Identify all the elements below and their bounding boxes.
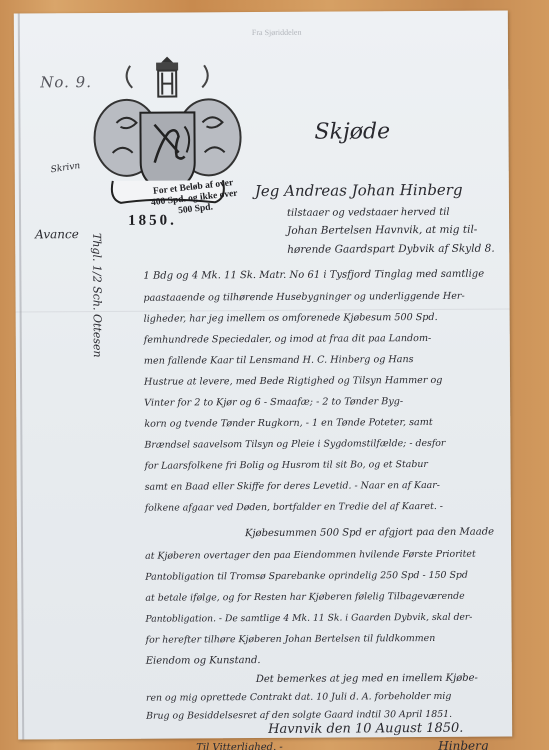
body-line: Kjøbesummen 500 Spd er afgjort paa den M…: [245, 527, 494, 540]
body-line: samt en Baad eller Skiffe for deres Leve…: [145, 480, 440, 493]
signature: Hinberg: [438, 739, 488, 750]
body-line: Hustrue at levere, med Bede Rigtighed og…: [144, 375, 442, 388]
body-line: folkene afgaar ved Døden, bortfalder en …: [145, 501, 443, 514]
place-date: Havnvik den 10 August 1850.: [268, 721, 463, 737]
document-title: Skjøde: [314, 119, 390, 144]
body-line: for Laarsfolkene fri Bolig og Husrom til…: [145, 459, 428, 472]
body-line: at betale ifølge, og for Resten har Kjøb…: [145, 591, 464, 604]
stamp-year: 1850.: [128, 213, 177, 230]
body-line: Eiendom og Kunstand.: [146, 655, 261, 667]
margin-annotation: Thgl. 1/2 Sch. Ottesen: [90, 233, 104, 358]
body-line: korn og tvende Tønder Rugkorn, - 1 en Tø…: [144, 417, 432, 430]
body-line: men fallende Kaar til Lensmand H. C. Hin…: [144, 354, 414, 367]
body-line: Pantobligation til Tromsø Sparebanke opr…: [145, 570, 468, 583]
body-line: ren og mig oprettede Contrakt dat. 10 Ju…: [146, 691, 451, 704]
body-line: Brug og Besiddelsesret af den solgte Gaa…: [146, 709, 452, 722]
body-line: Pantobligation. - De samtlige 4 Mk. 11 S…: [145, 612, 472, 625]
document-number: No. 9.: [40, 73, 92, 91]
faint-header: Fra Sjøriddelen: [252, 28, 302, 37]
body-line: ligheder, har jeg imellem os omforenede …: [144, 312, 438, 325]
body-line: for herefter tilhøre Kjøberen Johan Bert…: [146, 633, 436, 646]
body-line: Vinter for 2 to Kjør og 6 - Smaafæ; - 2 …: [144, 396, 403, 409]
body-line: tilstaaer og vedstaaer herved til: [287, 207, 450, 219]
body-line: femhundrede Speciedaler, og imod at fraa…: [144, 333, 432, 346]
body-line: 1 Bdg og 4 Mk. 11 Sk. Matr. No 61 i Tysf…: [143, 269, 484, 282]
body-line: Brændsel saavelsom Tilsyn og Pleie i Syg…: [144, 438, 445, 451]
body-line: Jeg Andreas Johan Hinberg: [255, 181, 463, 200]
body-line: hørende Gaardspart Dybvik af Skyld 8.: [287, 243, 494, 256]
body-line: at Kjøberen overtager den paa Eiendommen…: [145, 549, 476, 562]
witness-label: Til Vitterlighed. -: [196, 742, 283, 750]
paper-edge: [18, 13, 24, 739]
left-word: Avance: [35, 227, 79, 241]
body-line: paastaaende og tilhørende Husebygninger …: [143, 291, 464, 304]
body-line: Johan Bertelsen Havnvik, at mig til-: [287, 224, 477, 237]
deed-document: Fra Sjøriddelen No. 9. For et Beløb af o…: [14, 10, 512, 739]
side-note: Skrivn: [50, 161, 81, 175]
body-line: Det bemerkes at jeg med en imellem Kjøbe…: [256, 673, 478, 685]
